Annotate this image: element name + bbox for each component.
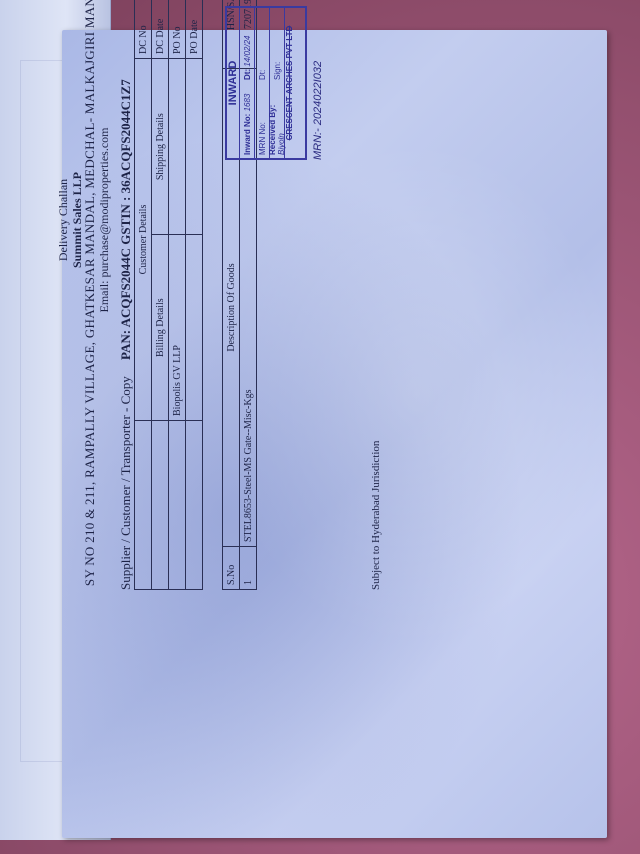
rotated-document: Delivery Challan Summit Sales LLP SY NO … — [0, 0, 440, 600]
col-sno: S.No — [223, 547, 240, 590]
meta-label: DC No — [135, 0, 152, 59]
handwritten-mrn: MRN:- 2024022I032 — [312, 61, 324, 160]
details-table: Customer Details DC No 35526 Billing Det… — [134, 0, 203, 590]
inward-stamp: INWARD Inward No: 1683Dt: 14/02/24 MRN N… — [225, 6, 307, 160]
pan-gstin: PAN: ACQFS2044C GSTIN : 36ACQFS2044C1Z7 — [118, 79, 134, 360]
company-address: SY NO 210 & 211, RAMPALLY VILLAGE, GHATK… — [82, 0, 98, 600]
meta-label: PO Date — [186, 0, 203, 59]
copy-label: Supplier / Customer / Transporter - Copy — [118, 376, 134, 590]
company-email: Email: purchase@modiproperties.com — [97, 0, 112, 600]
jurisdiction-note: Subject to Hyderabad Jurisdiction — [370, 441, 382, 590]
stamp-company: CRESCENT ARCHES PVT LTD — [285, 8, 294, 158]
customer-details-header: Customer Details — [135, 59, 152, 421]
document-title: Delivery Challan — [56, 0, 71, 600]
shipping-details-header: Shipping Details — [152, 59, 169, 235]
billing-name: Biopolis GV LLP — [169, 235, 186, 421]
meta-label: DC Date — [152, 0, 169, 59]
meta-label: PO No — [169, 0, 186, 59]
billing-details-header: Billing Details — [152, 235, 169, 421]
